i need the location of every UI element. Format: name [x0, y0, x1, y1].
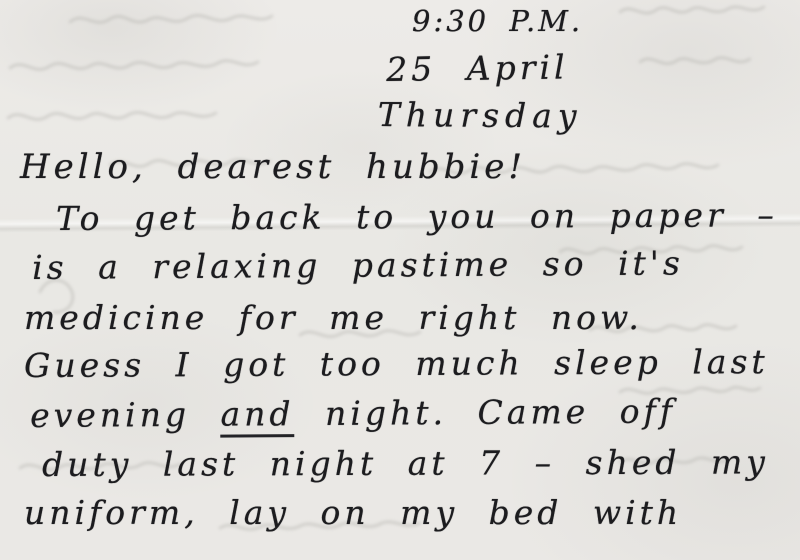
- letter-day: Thursday: [378, 95, 583, 135]
- body-line-5-pre: evening: [30, 395, 221, 435]
- body-line-7: uniform, lay on my bed with: [24, 493, 682, 532]
- body-line-5-post: night. Came off: [294, 391, 676, 433]
- letter-time: 9:30 P.M.: [412, 4, 583, 38]
- body-line-1: To get back to you on paper –: [56, 195, 778, 238]
- body-line-3: medicine for me right now.: [24, 298, 643, 337]
- body-line-4: Guess I got too much sleep last: [24, 342, 769, 385]
- underlined-word: and: [220, 394, 294, 438]
- letter-page: 9:30 P.M. 25 April Thursday Hello, deare…: [0, 0, 800, 560]
- letter-salutation: Hello, dearest hubbie!: [20, 147, 526, 187]
- letter-date: 25 April: [386, 47, 569, 89]
- body-line-2: is a relaxing pastime so it's: [32, 243, 684, 287]
- body-line-5: evening and night. Came off: [30, 391, 676, 435]
- body-line-6: duty last night at 7 – shed my: [42, 442, 769, 484]
